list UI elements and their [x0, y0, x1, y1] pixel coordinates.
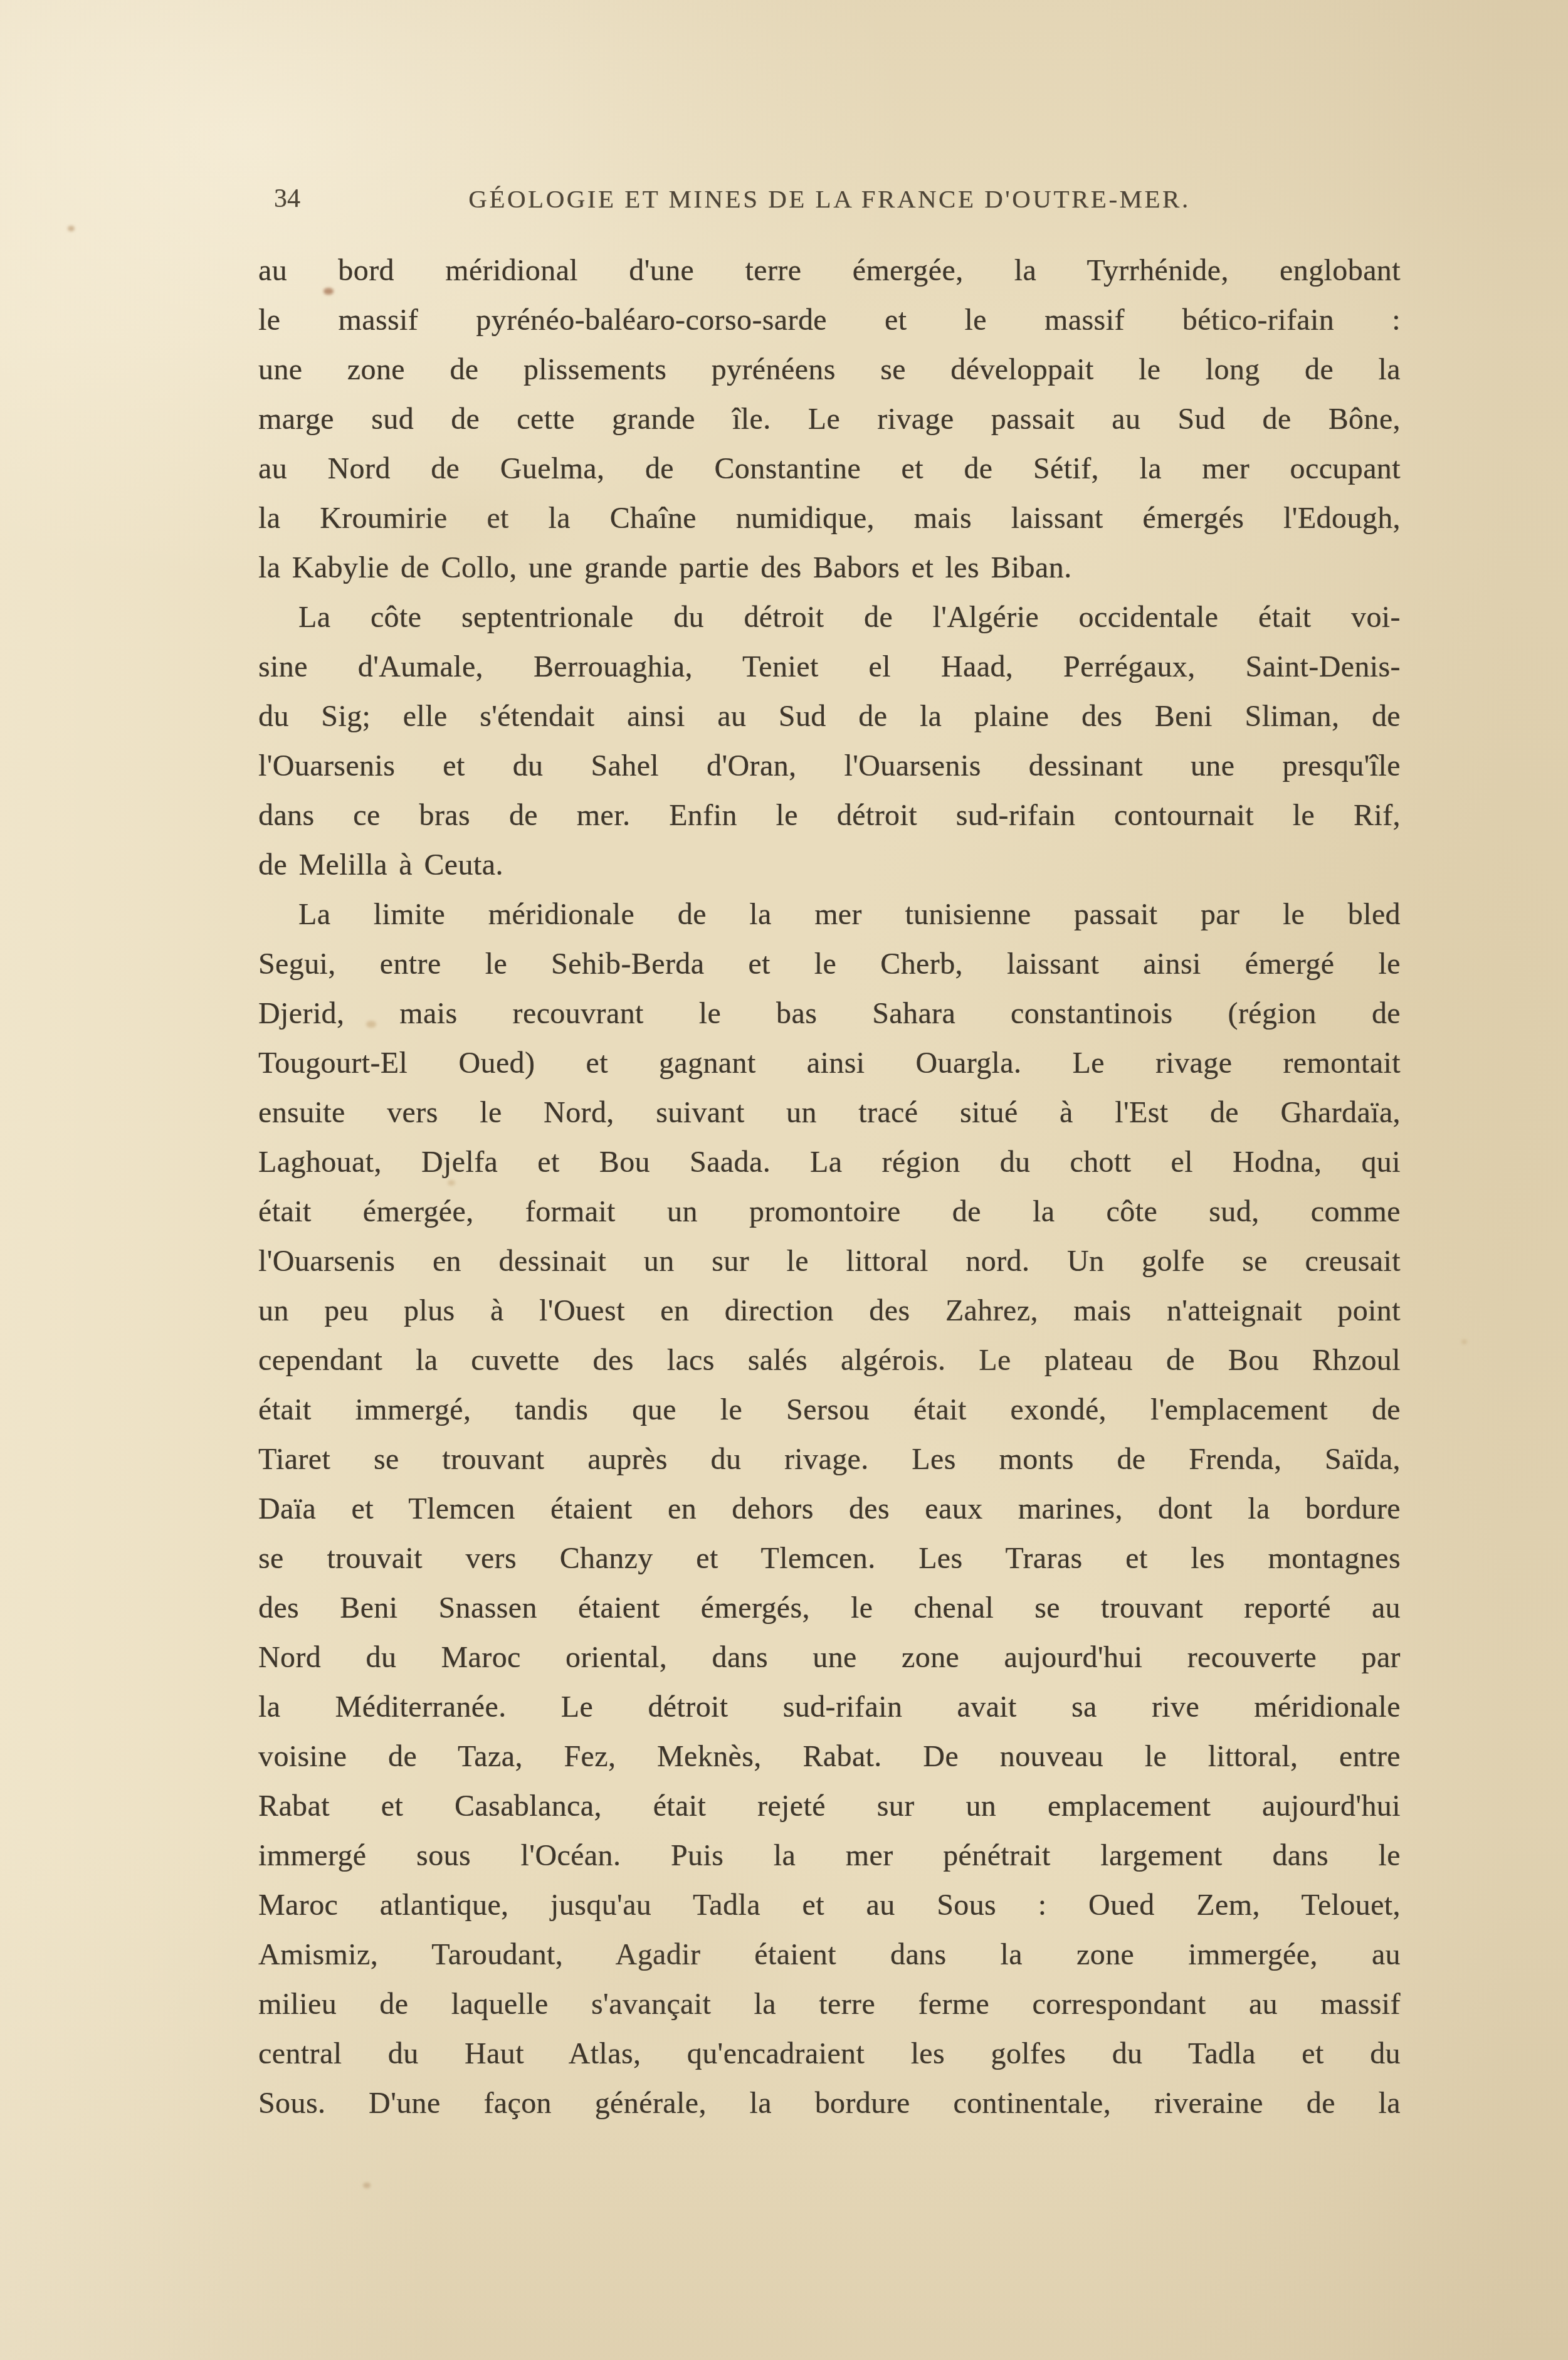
text-line: au Nord de Guelma, de Constantine et de … — [258, 444, 1401, 493]
text-line: Tiaret se trouvant auprès du rivage. Les… — [258, 1435, 1401, 1484]
text-line: le massif pyrénéo-baléaro-corso-sarde et… — [258, 295, 1401, 345]
text-line: la Méditerranée. Le détroit sud-rifain a… — [258, 1682, 1401, 1732]
text-line: Nord du Maroc oriental, dans une zone au… — [258, 1633, 1401, 1682]
text-line: marge sud de cette grande île. Le rivage… — [258, 394, 1401, 444]
text-line: central du Haut Atlas, qu'encadraient le… — [258, 2029, 1401, 2078]
text-line: un peu plus à l'Ouest en direction des Z… — [258, 1286, 1401, 1335]
text-line: La côte septentrionale du détroit de l'A… — [258, 593, 1401, 642]
text-line: l'Ouarsenis en dessinait un sur le litto… — [258, 1236, 1401, 1286]
text-line: la Kroumirie et la Chaîne numidique, mai… — [258, 493, 1401, 543]
text-line: Daïa et Tlemcen étaient en dehors des ea… — [258, 1484, 1401, 1534]
paper-stain — [68, 226, 75, 231]
text-line: cependant la cuvette des lacs salés algé… — [258, 1335, 1401, 1385]
text-line: Tougourt-El Oued) et gagnant ainsi Ouarg… — [258, 1038, 1401, 1088]
text-line: des Beni Snassen étaient émergés, le che… — [258, 1583, 1401, 1633]
paper-stain — [363, 2183, 371, 2188]
text-line: au bord méridional d'une terre émergée, … — [258, 246, 1401, 295]
page-header: 34 GÉOLOGIE ET MINES DE LA FRANCE D'OUTR… — [258, 181, 1401, 218]
running-title: GÉOLOGIE ET MINES DE LA FRANCE D'OUTRE-M… — [258, 181, 1401, 217]
text-line: Laghouat, Djelfa et Bou Saada. La région… — [258, 1137, 1401, 1187]
text-line: milieu de laquelle s'avançait la terre f… — [258, 1979, 1401, 2029]
text-line: sine d'Aumale, Berrouaghia, Teniet el Ha… — [258, 642, 1401, 692]
text-line: la Kabylie de Collo, une grande partie d… — [258, 543, 1401, 593]
text-line: une zone de plissements pyrénéens se dév… — [258, 345, 1401, 394]
text-line: Maroc atlantique, jusqu'au Tadla et au S… — [258, 1880, 1401, 1930]
text-line: La limite méridionale de la mer tunisien… — [258, 890, 1401, 939]
text-line: Sous. D'une façon générale, la bordure c… — [258, 2078, 1401, 2128]
text-line: se trouvait vers Chanzy et Tlemcen. Les … — [258, 1534, 1401, 1583]
scanned-book-page: 34 GÉOLOGIE ET MINES DE LA FRANCE D'OUTR… — [0, 0, 1568, 2360]
text-line: Djerid, mais recouvrant le bas Sahara co… — [258, 989, 1401, 1038]
text-block: au bord méridional d'une terre émergée, … — [258, 246, 1401, 2128]
text-line: du Sig; elle s'étendait ainsi au Sud de … — [258, 692, 1401, 741]
text-line: était immergé, tandis que le Sersou étai… — [258, 1385, 1401, 1435]
text-line: Segui, entre le Sehib-Berda et le Cherb,… — [258, 939, 1401, 989]
text-line: était émergée, formait un promontoire de… — [258, 1187, 1401, 1236]
text-line: l'Ouarsenis et du Sahel d'Oran, l'Ouarse… — [258, 741, 1401, 791]
text-line: Rabat et Casablanca, était rejeté sur un… — [258, 1781, 1401, 1831]
text-line: dans ce bras de mer. Enfin le détroit su… — [258, 791, 1401, 840]
text-line: voisine de Taza, Fez, Meknès, Rabat. De … — [258, 1732, 1401, 1781]
text-line: ensuite vers le Nord, suivant un tracé s… — [258, 1088, 1401, 1137]
text-line: immergé sous l'Océan. Puis la mer pénétr… — [258, 1831, 1401, 1880]
text-line: Amismiz, Taroudant, Agadir étaient dans … — [258, 1930, 1401, 1979]
text-line: de Melilla à Ceuta. — [258, 840, 1401, 890]
paper-stain — [1461, 1339, 1467, 1344]
